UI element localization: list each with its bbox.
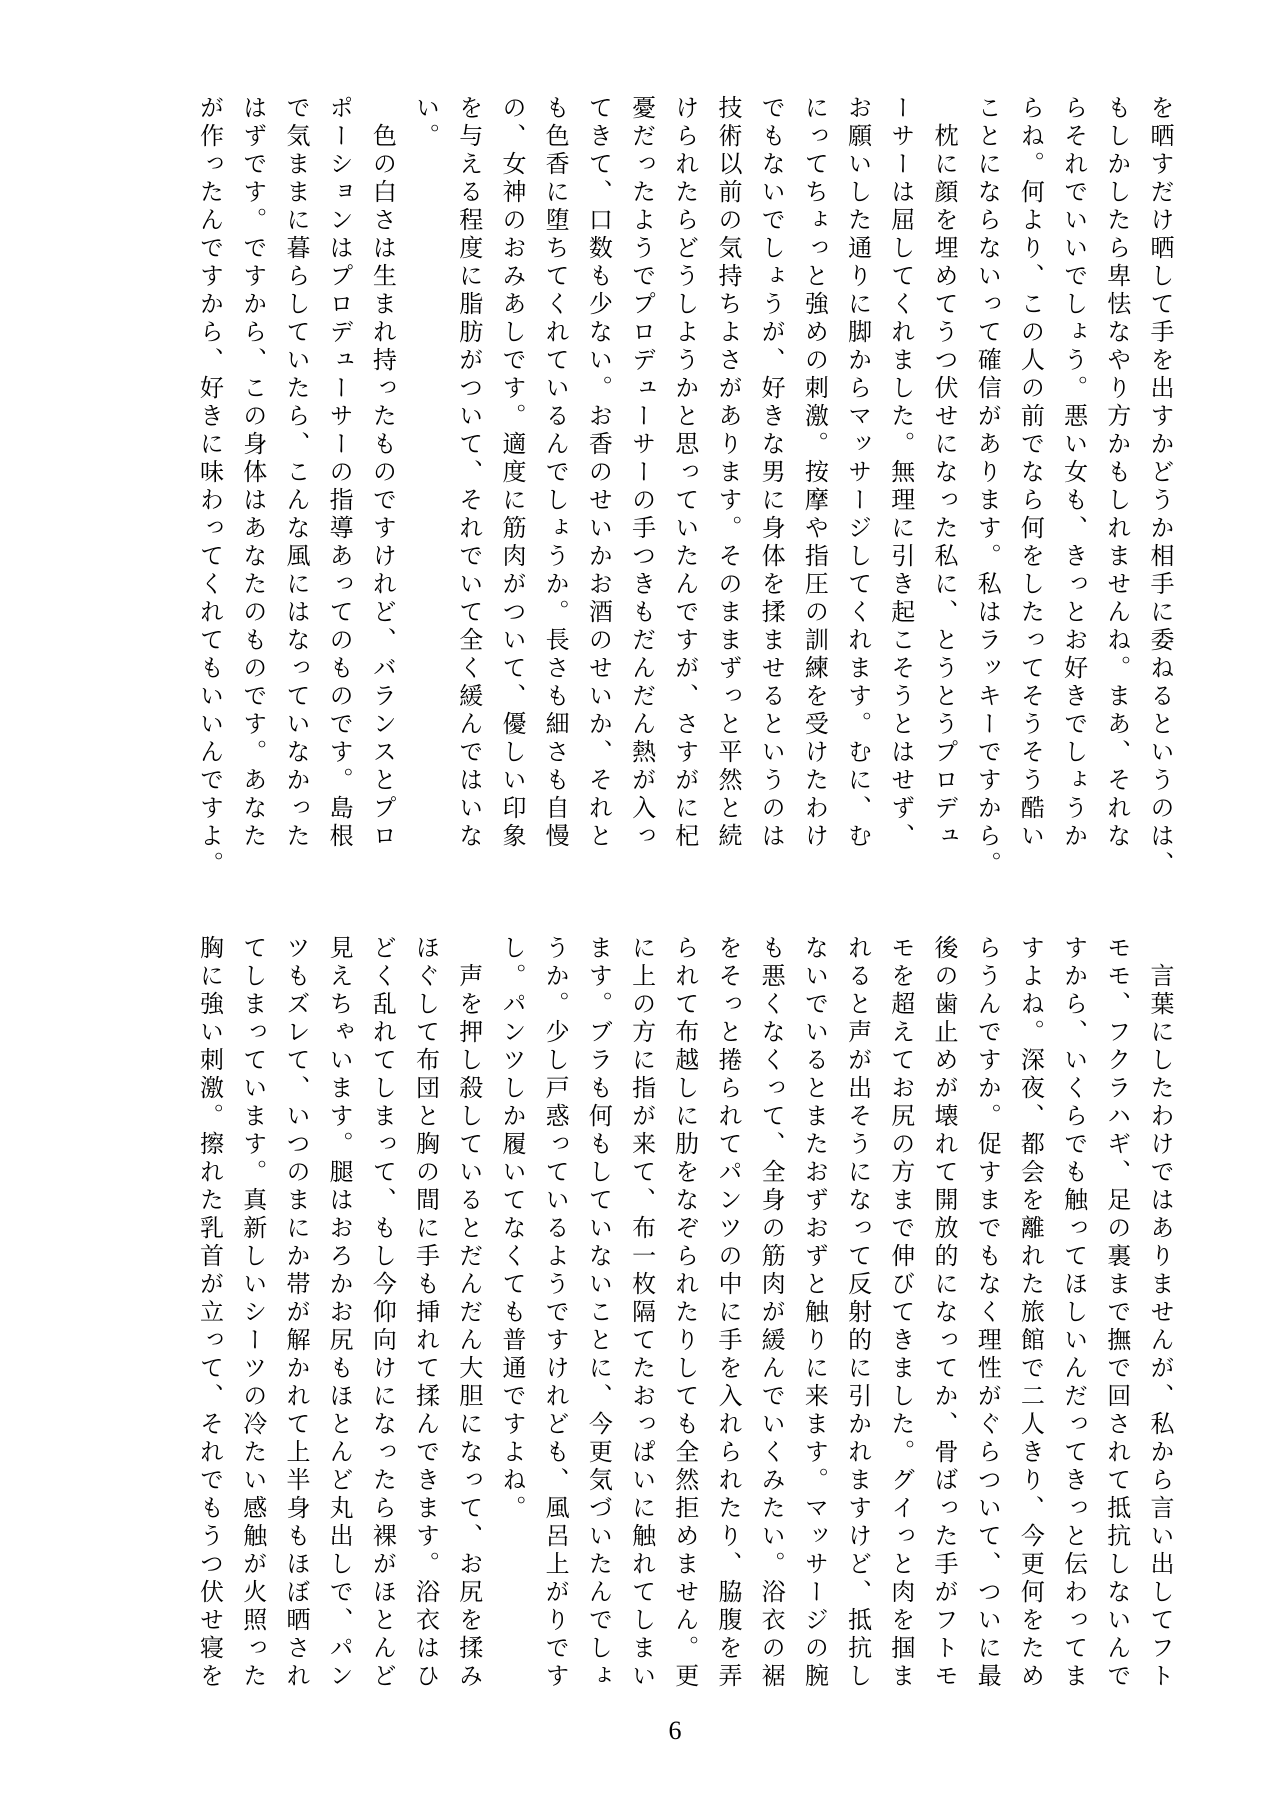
top-text-block: を晒すだけ晒して手を出すかどうか相手に委ねるというのは、もしかしたら卑怯なやり方… [186, 95, 1180, 851]
text-column: い。 [402, 95, 445, 851]
text-column: をそっと捲られてパンツの中に手を入れられたり、脇腹を弄 [705, 935, 748, 1691]
text-column: し。パンツしか履いてなくても普通ですよね。 [489, 935, 532, 1691]
bottom-text-block: 言葉にしたわけではありませんが、私から言い出してフトモモ、フクラハギ、足の裏まで… [186, 935, 1180, 1691]
text-column: れると声が出そうになって反射的に引かれますけど、抵抗し [834, 935, 877, 1691]
text-column: 言葉にしたわけではありませんが、私から言い出してフト [1137, 935, 1180, 1691]
text-column: らね。何より、この人の前でなら何をしたってそうそう酷い [1007, 95, 1050, 851]
document-page: を晒すだけ晒して手を出すかどうか相手に委ねるというのは、もしかしたら卑怯なやり方… [0, 0, 1280, 1807]
text-column: お願いした通りに脚からマッサージしてくれます。むに、む [834, 95, 877, 851]
text-column: の、女神のおみあしです。適度に筋肉がついて、優しい印象 [489, 95, 532, 851]
text-column: どく乱れてしまって、もし今仰向けになったら裸がほとんど [359, 935, 402, 1691]
text-column: 見えちゃいます。腿はおろかお尻もほとんど丸出しで、パン [316, 935, 359, 1691]
text-column: らうんですか。促すまでもなく理性がぐらついて、ついに最 [964, 935, 1007, 1691]
text-column: 声を押し殺しているとだんだん大胆になって、お尻を揉み [446, 935, 489, 1691]
text-column: うか。少し戸惑っているようですけれども、風呂上がりです [532, 935, 575, 1691]
text-column: 色の白さは生まれ持ったものですけれど、バランスとプロ [359, 95, 402, 851]
text-column: ほぐして布団と胸の間に手も挿れて揉んできます。浴衣はひ [402, 935, 445, 1691]
text-column: ツもズレて、いつのまにか帯が解かれて上半身もほぼ晒され [273, 935, 316, 1691]
text-column: すから、いくらでも触ってほしいんだってきっと伝わってま [1050, 935, 1093, 1691]
text-column: てしまっています。真新しいシーツの冷たい感触が火照った [230, 935, 273, 1691]
text-column: モを超えてお尻の方まで伸びてきました。グイっと肉を掴ま [878, 935, 921, 1691]
page-number: 6 [611, 1716, 739, 1746]
text-column: にってちょっと強めの刺激。按摩や指圧の訓練を受けたわけ [791, 95, 834, 851]
text-column: に上の方に指が来て、布一枚隔てたおっぱいに触れてしまい [618, 935, 661, 1691]
text-column: らそれでいいでしょう。悪い女も、きっとお好きでしょうか [1050, 95, 1093, 851]
text-column: ことにならないって確信があります。私はラッキーですから。 [964, 95, 1007, 851]
text-column: を与える程度に脂肪がついて、それでいて全く緩んではいな [446, 95, 489, 851]
text-column: もしかしたら卑怯なやり方かもしれませんね。まあ、それな [1094, 95, 1137, 851]
text-column: すよね。深夜、都会を離れた旅館で二人きり、今更何をため [1007, 935, 1050, 1691]
text-column: ポーションはプロデューサーの指導あってのものです。島根 [316, 95, 359, 851]
text-column: も悪くなくって、全身の筋肉が緩んでいくみたい。浴衣の裾 [748, 935, 791, 1691]
text-column: 枕に顔を埋めてうつ伏せになった私に、とうとうプロデュ [921, 95, 964, 851]
text-column: てきて、口数も少ない。お香のせいかお酒のせいか、それと [575, 95, 618, 851]
text-column: を晒すだけ晒して手を出すかどうか相手に委ねるというのは、 [1137, 95, 1180, 851]
text-column: 技術以前の気持ちよさがあります。そのままずっと平然と続 [705, 95, 748, 851]
text-column: ーサーは屈してくれました。無理に引き起こそうとはせず、 [878, 95, 921, 851]
text-column: ます。ブラも何もしていないことに、今更気づいたんでしょ [575, 935, 618, 1691]
text-column: が作ったんですから、好きに味わってくれてもいいんですよ。 [186, 95, 229, 851]
text-column: で気ままに暮らしていたら、こんな風にはなっていなかった [273, 95, 316, 851]
text-column: 胸に強い刺激。擦れた乳首が立って、それでもうつ伏せ寝を [186, 935, 229, 1691]
text-column: 後の歯止めが壊れて開放的になってか、骨ばった手がフトモ [921, 935, 964, 1691]
text-column: はずです。ですから、この身体はあなたのものです。あなた [230, 95, 273, 851]
text-column: 憂だったようでプロデューサーの手つきもだんだん熱が入っ [618, 95, 661, 851]
text-column: モモ、フクラハギ、足の裏まで撫で回されて抵抗しないんで [1094, 935, 1137, 1691]
text-column: でもないでしょうが、好きな男に身体を揉ませるというのは [748, 95, 791, 851]
text-column: けられたらどうしようかと思っていたんですが、さすがに杞 [662, 95, 705, 851]
text-column: られて布越しに肋をなぞられたりしても全然拒めません。更 [662, 935, 705, 1691]
text-column: ないでいるとまたおずおずと触りに来ます。マッサージの腕 [791, 935, 834, 1691]
text-column: も色香に堕ちてくれているんでしょうか。長さも細さも自慢 [532, 95, 575, 851]
